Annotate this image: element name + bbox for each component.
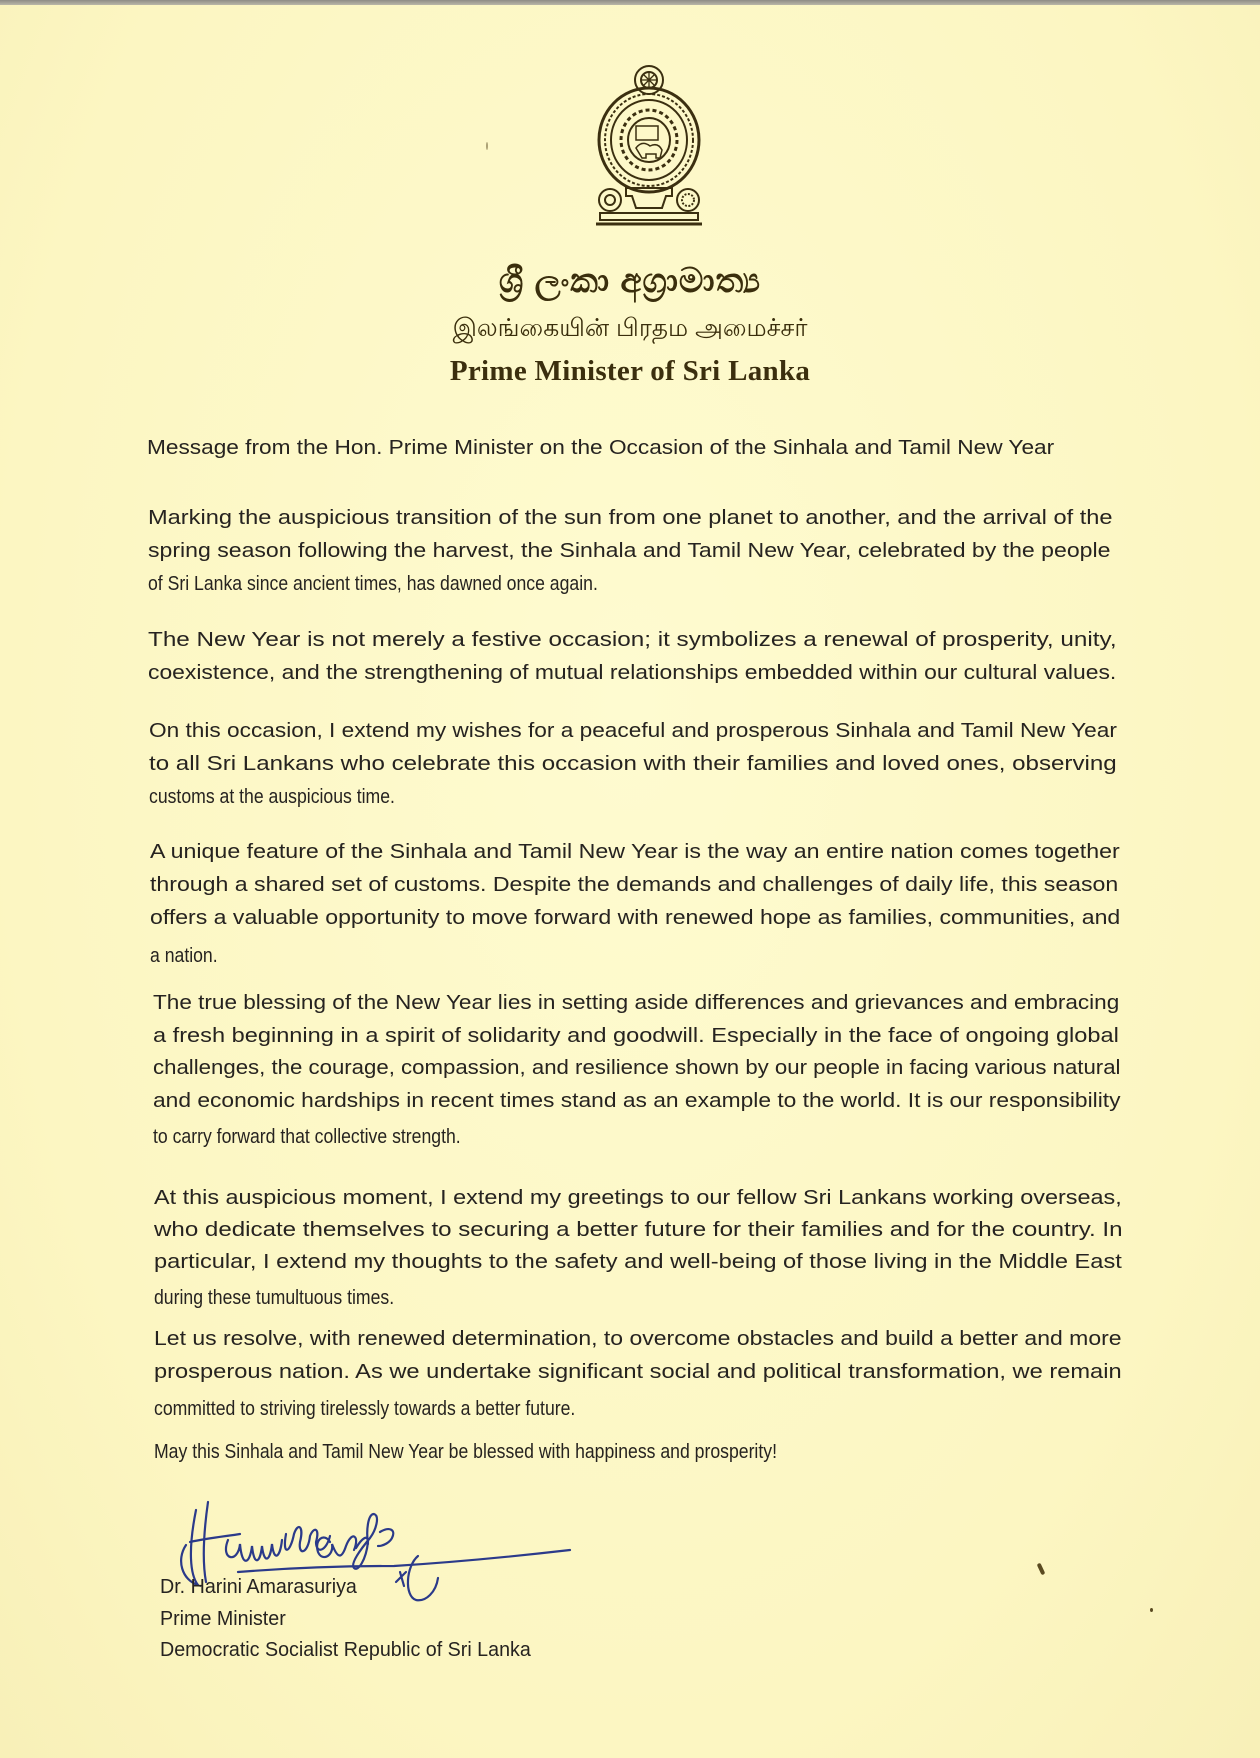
letterhead-title-sinhala: ශ්‍රී ලංකා අග්‍රාමාත්‍ය <box>0 262 1260 301</box>
paragraph-line: to carry forward that collective strengt… <box>153 1125 461 1149</box>
paragraph-line: through a shared set of customs. Despite… <box>150 873 1118 897</box>
national-emblem-icon <box>592 62 706 228</box>
letterhead-title-tamil: இலங்கையின் பிரதம அமைச்சர் <box>0 314 1260 346</box>
paragraph-line: of Sri Lanka since ancient times, has da… <box>148 572 598 596</box>
paragraph-line: The New Year is not merely a festive occ… <box>148 628 1117 652</box>
paragraph-line: spring season following the harvest, the… <box>148 539 1110 563</box>
paragraph-line: who dedicate themselves to securing a be… <box>154 1218 1123 1242</box>
message-heading: Message from the Hon. Prime Minister on … <box>147 436 1054 460</box>
scan-speck <box>1150 1608 1153 1612</box>
letterhead-title-english: Prime Minister of Sri Lanka <box>0 355 1260 388</box>
scan-speck <box>486 142 488 150</box>
signatory-organization: Democratic Socialist Republic of Sri Lan… <box>160 1638 531 1662</box>
paragraph-line: particular, I extend my thoughts to the … <box>154 1250 1122 1274</box>
scan-speck <box>1037 1563 1046 1576</box>
paragraph-line: challenges, the courage, compassion, and… <box>153 1056 1120 1080</box>
paragraph-line: The true blessing of the New Year lies i… <box>153 991 1119 1015</box>
paragraph-line: Let us resolve, with renewed determinati… <box>154 1327 1122 1351</box>
paragraph-line: coexistence, and the strengthening of mu… <box>148 661 1116 685</box>
scan-top-edge <box>0 0 1260 5</box>
paragraph-line: a fresh beginning in a spirit of solidar… <box>153 1024 1119 1048</box>
paragraph-line: At this auspicious moment, I extend my g… <box>154 1186 1122 1210</box>
paragraph-line: May this Sinhala and Tamil New Year be b… <box>154 1440 777 1464</box>
paragraph-line: prosperous nation. As we undertake signi… <box>154 1360 1122 1384</box>
paragraph-line: to all Sri Lankans who celebrate this oc… <box>149 752 1117 776</box>
paragraph-line: offers a valuable opportunity to move fo… <box>150 906 1120 930</box>
paragraph-line: On this occasion, I extend my wishes for… <box>149 719 1117 743</box>
paragraph-line: and economic hardships in recent times s… <box>153 1089 1121 1113</box>
signatory-name: Dr. Harini Amarasuriya <box>160 1575 357 1599</box>
paragraph-line: a nation. <box>150 944 218 968</box>
paragraph-line: Marking the auspicious transition of the… <box>148 506 1113 530</box>
paragraph-line: A unique feature of the Sinhala and Tami… <box>150 840 1120 864</box>
paragraph-line: committed to striving tirelessly towards… <box>154 1397 575 1421</box>
signatory-title: Prime Minister <box>160 1607 286 1631</box>
paragraph-line: customs at the auspicious time. <box>149 785 395 809</box>
paragraph-line: during these tumultuous times. <box>154 1286 394 1310</box>
